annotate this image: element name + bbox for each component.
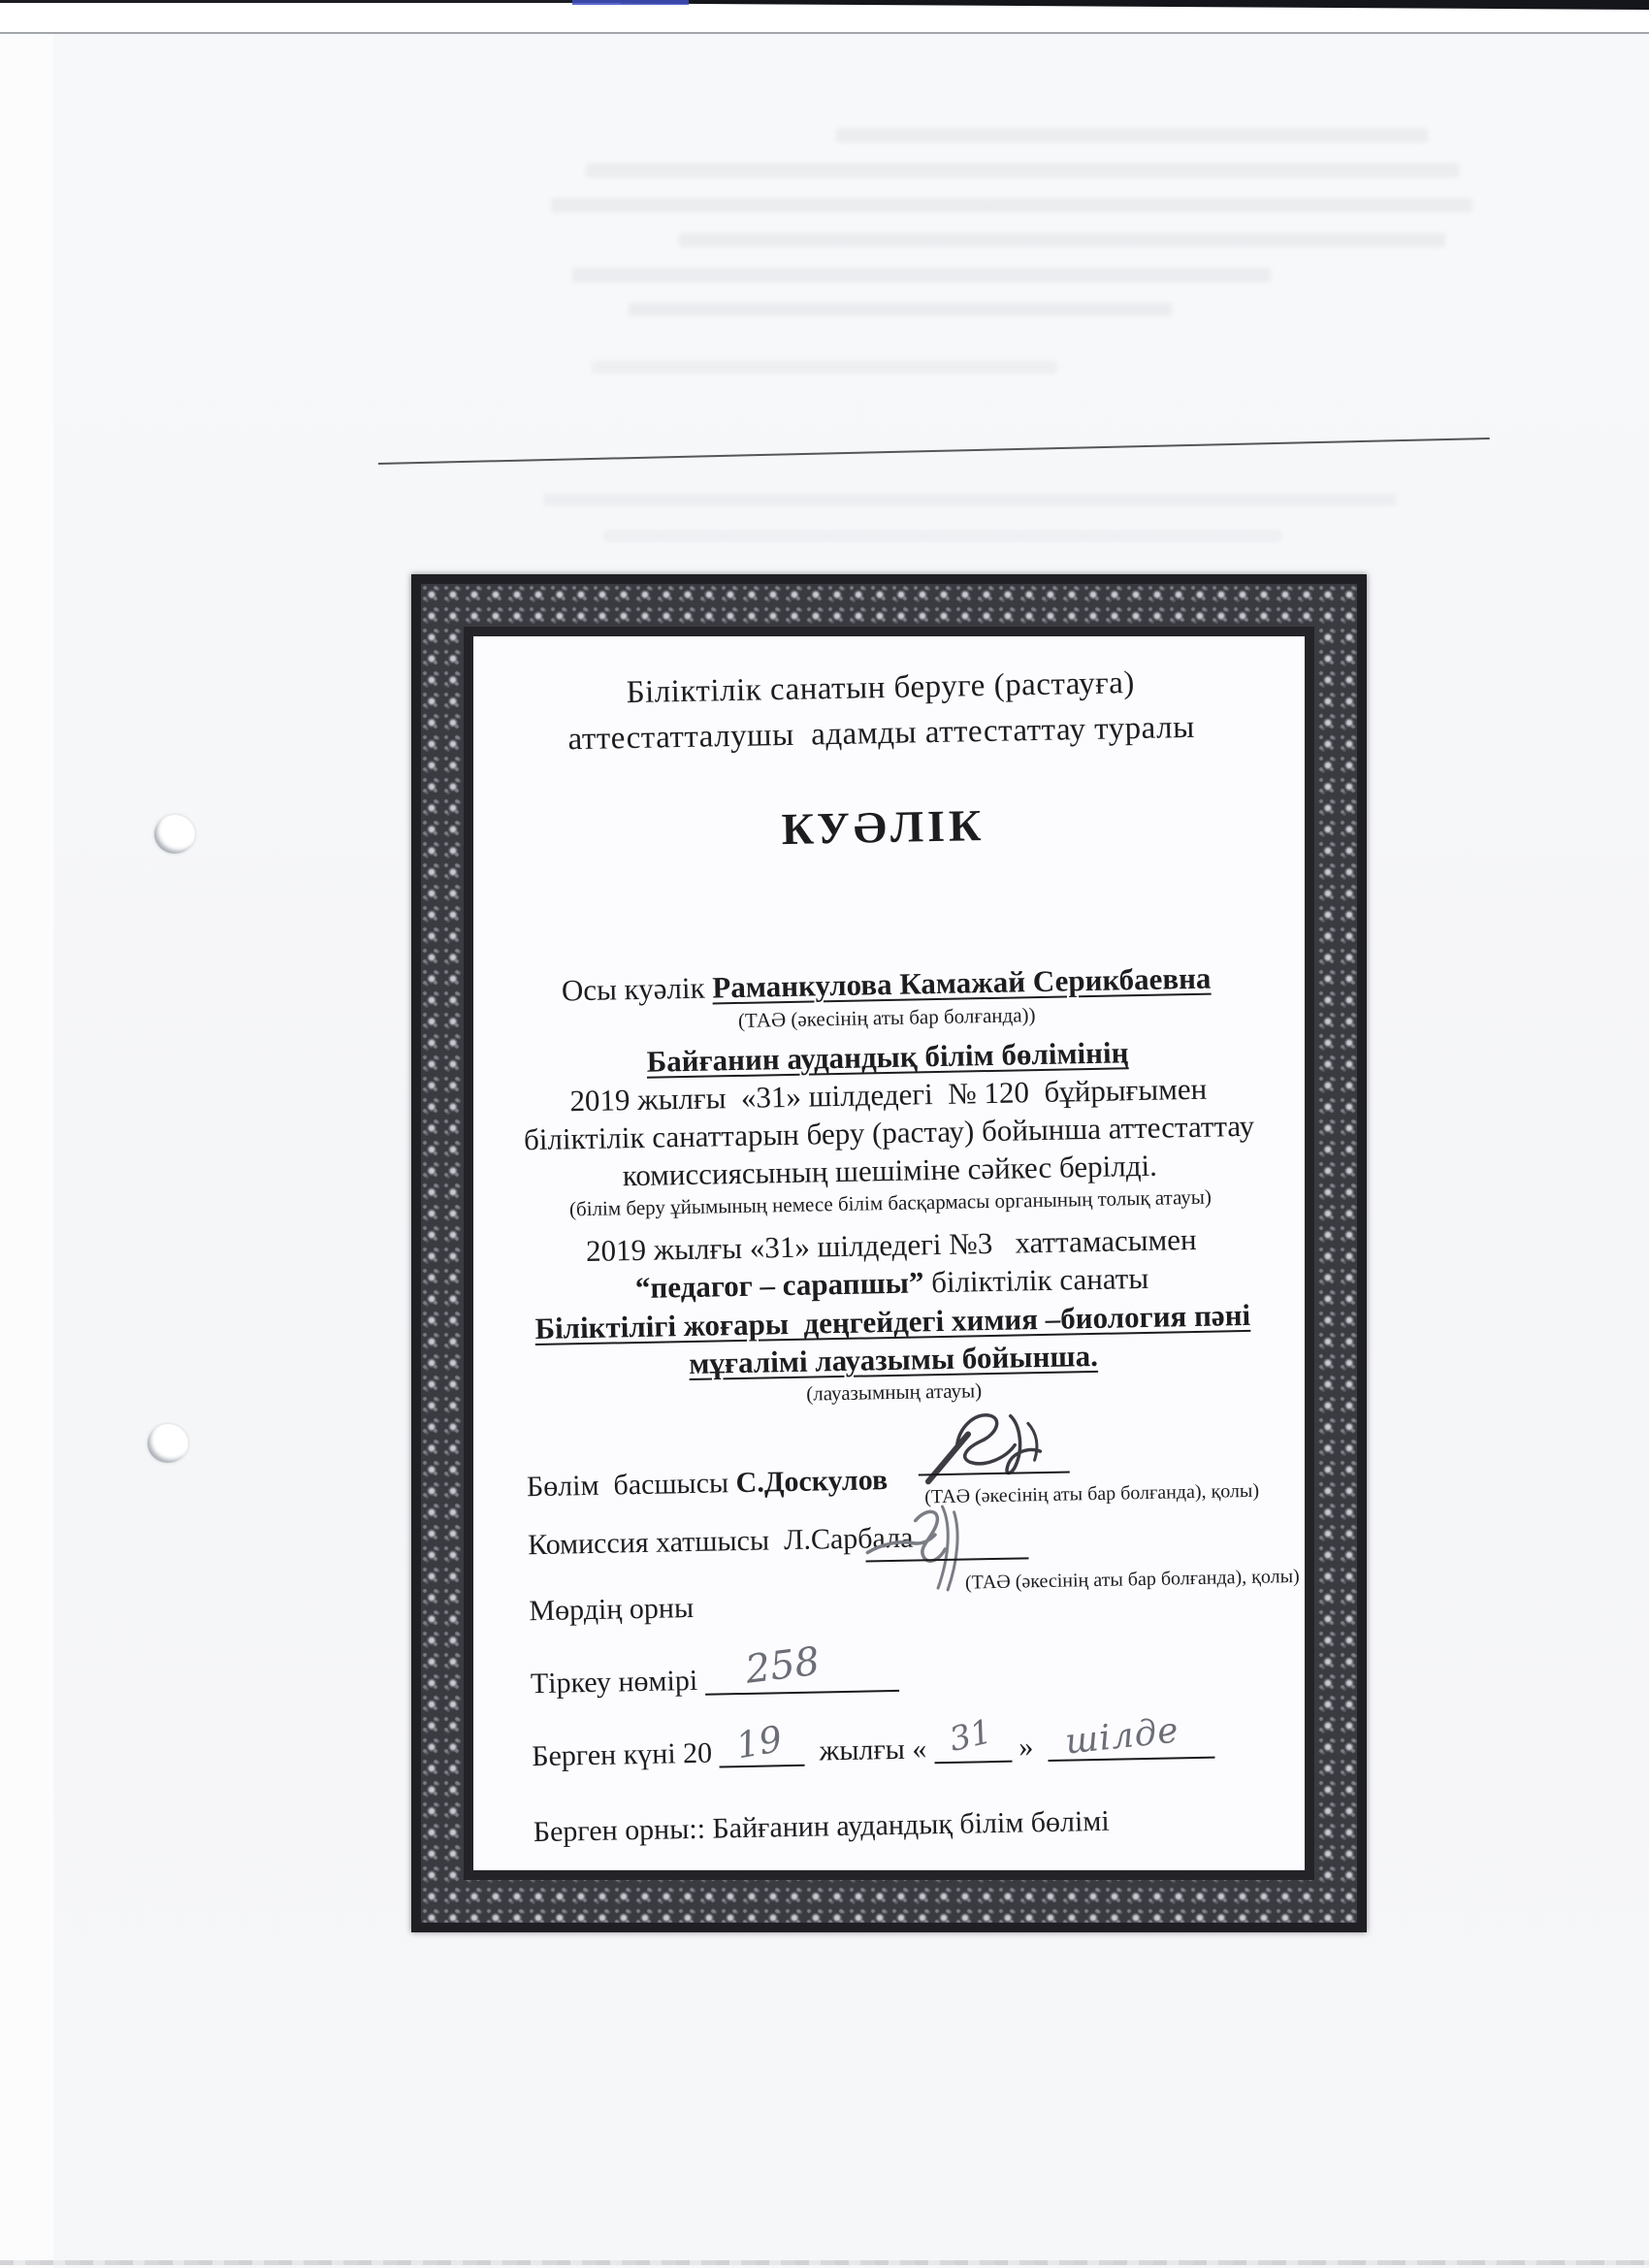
seal-label: Мөрдің орны xyxy=(529,1592,694,1628)
date-month-blank: шілде xyxy=(1048,1726,1215,1762)
date-month-handwritten: шілде xyxy=(1063,1710,1180,1762)
certificate: Біліктілік санатын беруге (растауға) атт… xyxy=(411,574,1367,1932)
reg-row: Тіркеу нөмірі 258 xyxy=(531,1659,899,1701)
date-year-blank: 19 xyxy=(719,1733,805,1768)
reg-number-blank: 258 xyxy=(704,1659,899,1696)
date-row: Берген күні 20 19 жылғы « 31 » шілде xyxy=(532,1726,1215,1774)
sig1-name: С.Доскулов xyxy=(735,1464,888,1499)
certificate-paper: Біліктілік санатын беруге (растауға) атт… xyxy=(473,636,1305,1870)
date-day-blank: 31 xyxy=(934,1730,1013,1765)
sig2-role: Комиссия хатшысы xyxy=(528,1524,785,1561)
date-close: » xyxy=(1012,1731,1049,1764)
certificate-header-line2: аттестатталушы адамды аттестаттау туралы xyxy=(473,708,1297,760)
scanner-bottom-edge xyxy=(0,2260,1649,2265)
hole-punch xyxy=(154,815,195,854)
certificate-border-inner-edge: Біліктілік санатын беруге (растауға) атт… xyxy=(464,627,1314,1880)
date-day-handwritten: 31 xyxy=(946,1712,995,1760)
certificate-header-line1: Біліктілік санатын беруге (растауға) xyxy=(473,663,1297,714)
page-top-edge-line xyxy=(0,32,1649,34)
category-suffix: біліктілік санаты xyxy=(923,1261,1148,1299)
hole-punch xyxy=(147,1424,188,1463)
issued-place: Берген орны:: Байғанин аудандық білім бө… xyxy=(533,1805,1110,1849)
sig2-caption: (ТАӘ (әкесінің аты бар болғанда), қолы) xyxy=(965,1566,1300,1595)
reg-number-handwritten: 258 xyxy=(743,1639,822,1693)
page-left-margin xyxy=(0,34,53,2268)
date-prefix: Берген күні 20 xyxy=(532,1736,720,1772)
certificate-ornate-border: Біліктілік санатын беруге (растауға) атт… xyxy=(421,584,1357,1923)
date-year-handwritten: 19 xyxy=(733,1718,786,1767)
sig1-row: Бөлім басшысы С.Доскулов xyxy=(527,1464,889,1504)
issuer-name: Байғанин аудандық білім бөлімінің xyxy=(646,1035,1128,1079)
sig2-row: Комиссия хатшысы Л.Сарбала xyxy=(528,1522,914,1563)
holder-name: Раманкулова Камажай Серикбаевна xyxy=(712,961,1212,1005)
scanner-edge-blue-artifact xyxy=(572,0,689,5)
category-name: “педагог – сарапшы” xyxy=(635,1265,924,1305)
reg-label: Тіркеу нөмірі xyxy=(531,1665,705,1700)
date-middle: жылғы « xyxy=(804,1733,934,1767)
sig1-role: Бөлім басшысы xyxy=(527,1467,736,1503)
issued-to-prefix: Осы куәлік xyxy=(562,970,713,1007)
certificate-title: КУӘЛІК xyxy=(473,794,1299,860)
scanner-top-edge-shadow xyxy=(621,0,1649,10)
